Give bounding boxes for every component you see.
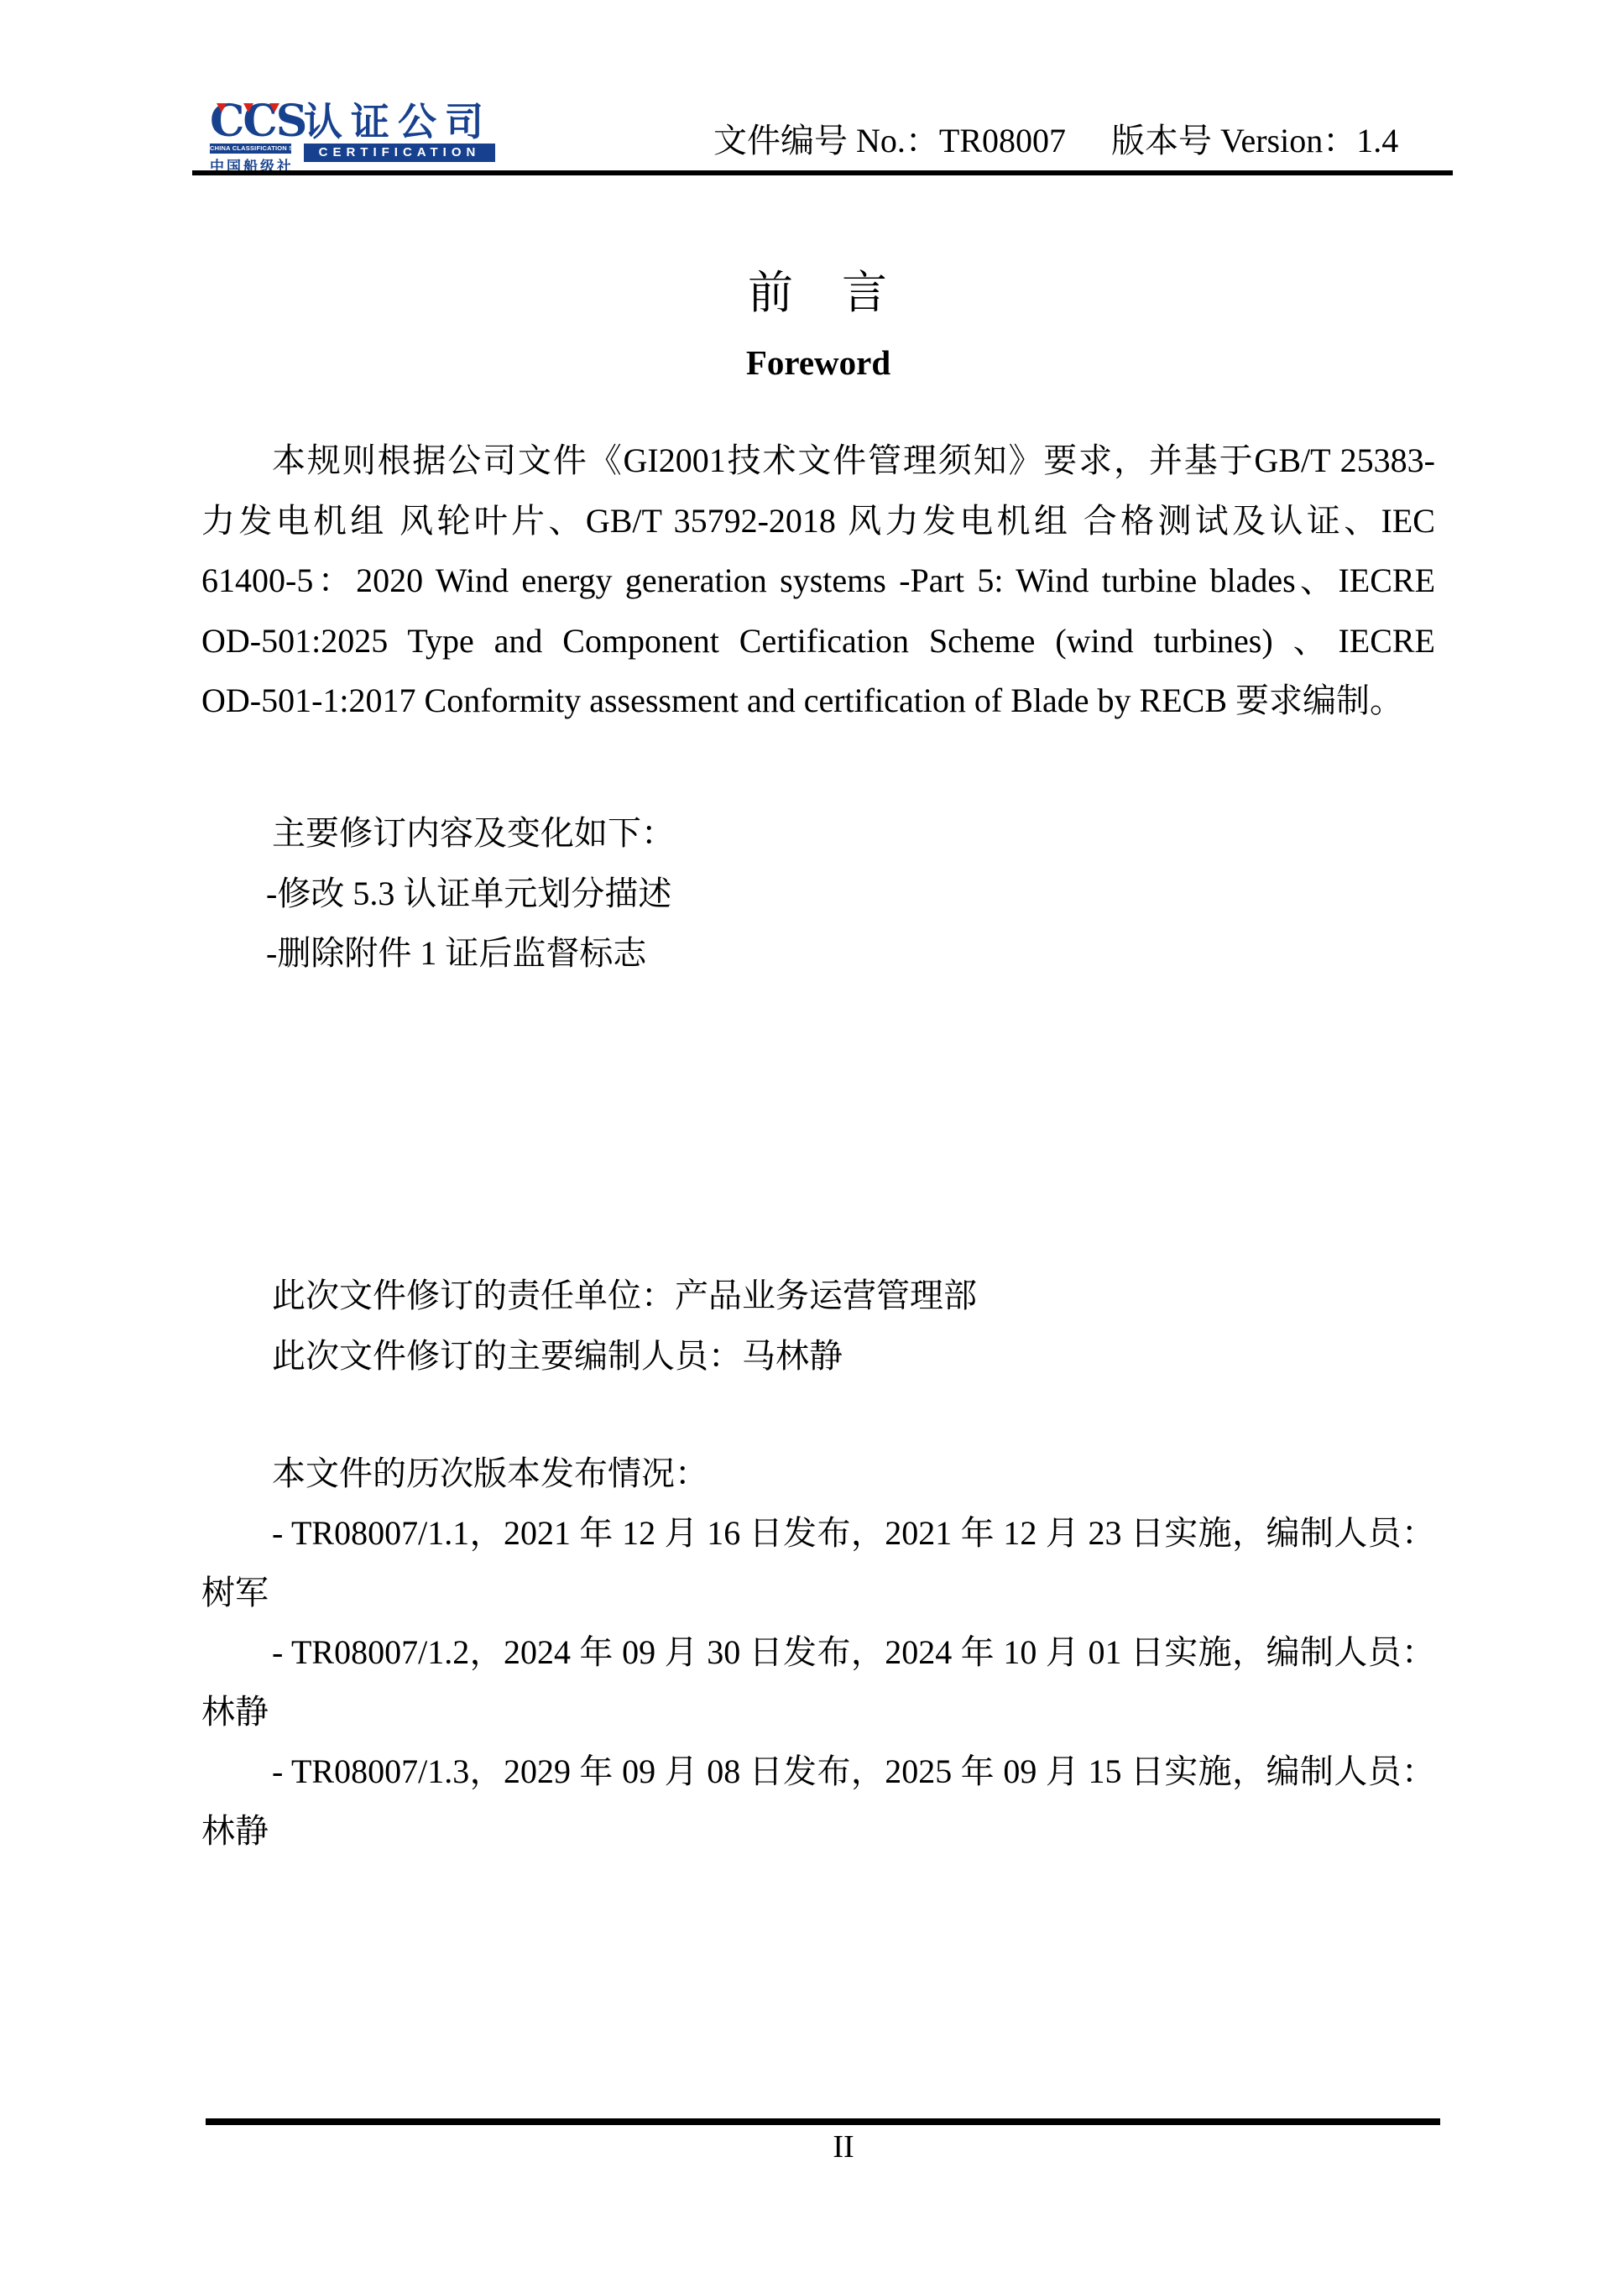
- paragraph-line: 本规则根据公司文件《GI2001技术文件管理须知》要求，并基于GB/T 2538…: [201, 431, 1435, 491]
- history-entry-continuation: 林静: [201, 1682, 1435, 1742]
- ccs-acronym-text: CCS: [210, 102, 291, 141]
- foreword-paragraph: 本规则根据公司文件《GI2001技术文件管理须知》要求，并基于GB/T 2538…: [201, 431, 1435, 731]
- revision-item: -修改 5.3 认证单元划分描述: [201, 864, 1435, 924]
- revision-summary: 主要修订内容及变化如下： -修改 5.3 认证单元划分描述 -删除附件 1 证后…: [201, 803, 1435, 984]
- paragraph-line: OD-501-1:2017 Conformity assessment and …: [201, 671, 1435, 731]
- ccs-logo: CCS CHINA CLASSIFICATION SOCIETY 中国船级社 认…: [210, 102, 499, 174]
- responsibility-section: 此次文件修订的责任单位：产品业务运营管理部 此次文件修订的主要编制人员：马林静: [201, 1266, 1435, 1386]
- page-number: II: [227, 2128, 1460, 2165]
- version-label: 版本号 Version：1.4: [1111, 122, 1398, 159]
- certification-en-banner: CERTIFICATION: [304, 144, 495, 162]
- history-entry-continuation: 林静: [201, 1801, 1435, 1861]
- history-entry-line: - TR08007/1.3，2029 年 09 月 08 日发布，2025 年 …: [201, 1742, 1435, 1801]
- responsibility-line: 此次文件修订的责任单位：产品业务运营管理部: [201, 1266, 1435, 1326]
- ccs-logo-right: 认证公司 CERTIFICATION: [304, 104, 495, 162]
- header-doc-info: 文件编号 No.：TR08007版本号 Version：1.4: [713, 123, 1435, 159]
- history-entry-line: - TR08007/1.1，2021 年 12 月 16 日发布，2021 年 …: [201, 1503, 1435, 1563]
- doc-number-label: 文件编号 No.：TR08007: [713, 122, 1066, 159]
- document-page: CCS CHINA CLASSIFICATION SOCIETY 中国船级社 认…: [0, 0, 1624, 2277]
- paragraph-line: 61400-5：2020 Wind energy generation syst…: [201, 551, 1435, 611]
- history-entry-continuation: 树军: [201, 1563, 1435, 1622]
- history-intro: 本文件的历次版本发布情况：: [201, 1444, 1435, 1503]
- revision-item: -删除附件 1 证后监督标志: [201, 923, 1435, 984]
- header-rule: [192, 170, 1453, 175]
- footer-rule: [206, 2118, 1440, 2125]
- ccs-logo-left: CCS CHINA CLASSIFICATION SOCIETY 中国船级社: [210, 102, 291, 175]
- page-title-en: Foreword: [201, 342, 1435, 383]
- paragraph-line: 力发电机组 风轮叶片、GB/T 35792-2018 风力发电机组 合格测试及认…: [201, 491, 1435, 551]
- paragraph-line: OD-501:2025 Type and Component Certifica…: [201, 611, 1435, 671]
- responsibility-line: 此次文件修订的主要编制人员：马林静: [201, 1326, 1435, 1387]
- certification-cn-label: 认证公司: [304, 104, 495, 141]
- history-entry-line: - TR08007/1.2，2024 年 09 月 30 日发布，2024 年 …: [201, 1622, 1435, 1682]
- version-history-section: 本文件的历次版本发布情况： - TR08007/1.1，2021 年 12 月 …: [201, 1444, 1435, 1861]
- revision-intro: 主要修订内容及变化如下：: [201, 803, 1435, 864]
- page-title-cn: 前 言: [201, 267, 1435, 319]
